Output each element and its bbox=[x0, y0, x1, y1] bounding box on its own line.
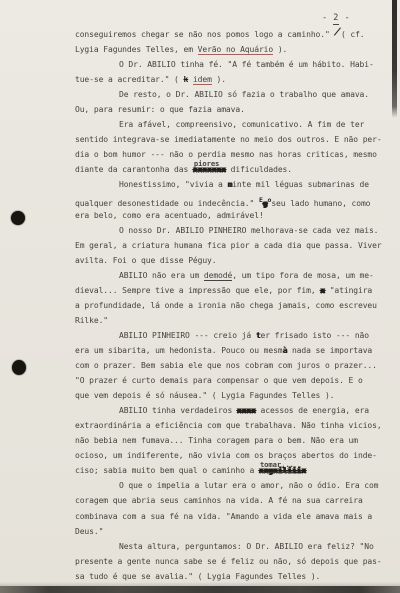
typed-text: dia o bom humor --- não o perdia mesmo n… bbox=[75, 150, 377, 159]
typed-line: conseguiremos chegar se não nos pomos lo… bbox=[75, 27, 391, 42]
hole-punch bbox=[12, 360, 26, 375]
typed-text: com o prazer. Bem sabia ele que nos cobr… bbox=[75, 361, 377, 370]
typed-line: avilta. Foi o que disse Péguy. bbox=[75, 253, 391, 268]
typed-line: ABILIO PINHEIRO --- creio já ter frisado… bbox=[75, 328, 391, 343]
typed-text: nada se importava bbox=[287, 346, 372, 355]
typed-text: acessos de energia, era bbox=[256, 406, 369, 415]
typed-text: Ou, para resumir: o que fazia amava. bbox=[75, 105, 245, 114]
typed-text: seu lado humano, como bbox=[271, 199, 370, 208]
typed-line: combinava com a sua fé na vida. "Amando … bbox=[75, 509, 391, 524]
typed-text: sa tudo é que se avalia." ( Lygia Fagund… bbox=[75, 572, 320, 581]
typed-text: Honestissimo, "vivia a bbox=[119, 180, 227, 189]
typed-text: coragem que abria seus caminhos na vida.… bbox=[75, 496, 363, 505]
typed-text: ). bbox=[212, 75, 226, 84]
typed-text: presente a gente nunca sabe se é feliz o… bbox=[75, 557, 382, 566]
typed-line: tue-se a acreditar." ( k idem ). bbox=[75, 72, 391, 87]
scanned-page: { "colors": { "paper": "#e9e6df", "ink":… bbox=[0, 0, 400, 593]
document-page: - 2 - conseguiremos chegar se não nos po… bbox=[0, 0, 400, 593]
typed-text: Em geral, a criatura humana fica pior a … bbox=[75, 241, 382, 250]
typed-line: era um sibarita, um hedonista. Pouco ou … bbox=[75, 343, 391, 358]
typed-text: xxxx bbox=[237, 406, 256, 415]
page-number: - 2 - bbox=[322, 13, 350, 23]
page-number-prefix: - bbox=[322, 13, 333, 23]
scan-edge-right bbox=[392, 0, 397, 118]
typed-text: ocioso, um indiferente, não vivia com os… bbox=[75, 451, 377, 460]
typed-text: qualquer desonestidade ou indecência." bbox=[75, 199, 259, 208]
typed-text: avilta. Foi o que disse Péguy. bbox=[75, 256, 217, 265]
typed-text: ( cf. bbox=[341, 30, 365, 39]
typed-text: , um tipo fora de mosa, um me- bbox=[232, 271, 374, 280]
typed-text: não bebia nem fumava... Tinha coragem pa… bbox=[75, 436, 358, 445]
typed-text: O Dr. ABILIO tinha fé. "A fé também é um… bbox=[119, 60, 374, 69]
typed-text: dieval... Sempre tive a impressão que el… bbox=[75, 286, 320, 295]
typed-line: qualquer desonestidade ou indecência." E… bbox=[75, 193, 391, 208]
typed-line: Era afável, compreensivo, comunicativo. … bbox=[75, 117, 391, 132]
typed-line: Lygia Fagundes Telles, em Verão no Aquár… bbox=[75, 42, 391, 57]
typed-line: Honestissimo, "vivia a minte mil léguas … bbox=[75, 177, 391, 192]
typed-line: Ou, para resumir: o que fazia amava. bbox=[75, 102, 391, 117]
hole-punch bbox=[11, 211, 25, 225]
typed-text: extraordinária a eficiência com que trab… bbox=[75, 421, 382, 430]
typed-text: Lygia Fagundes Telles, em bbox=[75, 45, 198, 54]
page-number-suffix: - bbox=[339, 13, 350, 23]
typed-line: dieval... Sempre tive a impressão que el… bbox=[75, 283, 391, 298]
typed-line: diante da carantonha das pioresxxxxxxx d… bbox=[75, 162, 391, 177]
typed-text: idem bbox=[193, 75, 212, 85]
typed-line: dia o bom humor --- não o perdia mesmo n… bbox=[75, 147, 391, 162]
typed-text-block: conseguiremos chegar se não nos pomos lo… bbox=[75, 27, 391, 584]
typed-text: "O prazer é curto demais para compensar … bbox=[75, 376, 363, 385]
scan-edge-bottom bbox=[0, 586, 400, 593]
typed-text: O nosso Dr. ABILIO PINHEIRO melhorava-se… bbox=[119, 226, 378, 235]
typed-text: O que o impelia a lutar era o amor, não … bbox=[119, 481, 378, 490]
typed-text: ciso; sabia muito bem qual o caminho a bbox=[75, 466, 259, 475]
typed-text: "atingira bbox=[325, 286, 372, 295]
typed-line: O que o impelia a lutar era o amor, não … bbox=[75, 478, 391, 493]
typed-line: O Dr. ABILIO tinha fé. "A fé também é um… bbox=[75, 57, 391, 72]
typed-line: De resto, o Dr. ABILIO só fazia o trabal… bbox=[75, 87, 391, 102]
typed-line: coragem que abria seus caminhos na vida.… bbox=[75, 493, 391, 508]
typed-line: Em geral, a criatura humana fica pior a … bbox=[75, 238, 391, 253]
typed-line: era belo, como era acentuado, admirável! bbox=[75, 208, 391, 223]
typed-text: sentido integrava-se imediatamente no me… bbox=[75, 135, 382, 144]
typed-text: era um sibarita, um hedonista. Pouco ou … bbox=[75, 346, 283, 355]
typed-text: diante da carantonha das bbox=[75, 165, 193, 174]
typed-line: Nesta altura, perguntamos: O Dr. ABILIO … bbox=[75, 539, 391, 554]
typed-text: Deus." bbox=[75, 527, 103, 536]
typewriter-correction: pioresxxxxxxx bbox=[193, 165, 226, 174]
typed-text: era belo, como era acentuado, admirável! bbox=[75, 211, 264, 220]
typed-text: De resto, o Dr. ABILIO só fazia o trabal… bbox=[119, 90, 369, 99]
inserted-word: piores bbox=[194, 156, 219, 172]
typed-text: que vem depois é só náusea." ( Lygia Fag… bbox=[75, 391, 334, 400]
typewriter-correction: tomar...xxgxiliiix bbox=[259, 466, 306, 475]
typed-line: Deus." bbox=[75, 524, 391, 539]
handwritten-mark: ∕ bbox=[335, 31, 341, 33]
typed-text: inte mil léguas submarinas de bbox=[232, 180, 369, 189]
typed-text: a profundidade, lá onde a ironia não che… bbox=[75, 301, 377, 310]
typed-text: conseguiremos chegar se não nos pomos lo… bbox=[75, 30, 334, 39]
typed-line: ABILIO não era um demodé, um tipo fora d… bbox=[75, 268, 391, 283]
typed-line: sentido integrava-se imediatamente no me… bbox=[75, 132, 391, 147]
typed-line: não bebia nem fumava... Tinha coragem pa… bbox=[75, 433, 391, 448]
typed-line: ABILIO tinha verdadeiros xxxx acessos de… bbox=[75, 403, 391, 418]
typed-text: ABILIO tinha verdadeiros bbox=[119, 406, 237, 415]
typed-line: ciso; sabia muito bem qual o caminho a t… bbox=[75, 463, 391, 478]
typed-line: Rilke." bbox=[75, 313, 391, 328]
typed-text: tue-se a acreditar." ( bbox=[75, 75, 183, 84]
typed-text: dificuldades. bbox=[226, 165, 292, 174]
typed-line: extraordinária a eficiência com que trab… bbox=[75, 418, 391, 433]
typed-line: "O prazer é curto demais para compensar … bbox=[75, 373, 391, 388]
typed-line: que vem depois é só náusea." ( Lygia Fag… bbox=[75, 388, 391, 403]
typed-text: combinava com a sua fé na vida. "Amando … bbox=[75, 512, 372, 521]
typed-text: ABILIO PINHEIRO --- creio já bbox=[119, 331, 256, 340]
typed-line: presente a gente nunca sabe se é feliz o… bbox=[75, 554, 391, 569]
typed-text: Verão no Aquário bbox=[198, 45, 273, 55]
typed-text: Nesta altura, perguntamos: O Dr. ABILIO … bbox=[119, 542, 374, 551]
typed-text: ABILIO não era um bbox=[119, 271, 204, 280]
typed-text: Rilke." bbox=[75, 316, 108, 325]
typed-text: ). bbox=[273, 45, 287, 54]
typed-text: demodé bbox=[204, 271, 232, 281]
inserted-word: tomar... bbox=[260, 457, 294, 473]
typed-line: O nosso Dr. ABILIO PINHEIRO melhorava-se… bbox=[75, 223, 391, 238]
typed-text: Era afável, compreensivo, comunicativo. … bbox=[119, 120, 364, 129]
typed-line: a profundidade, lá onde a ironia não che… bbox=[75, 298, 391, 313]
typed-line: ocioso, um indiferente, não vivia com os… bbox=[75, 448, 391, 463]
typed-line: com o prazer. Bem sabia ele que nos cobr… bbox=[75, 358, 391, 373]
typed-text: er frisado isto --- não bbox=[261, 331, 369, 340]
